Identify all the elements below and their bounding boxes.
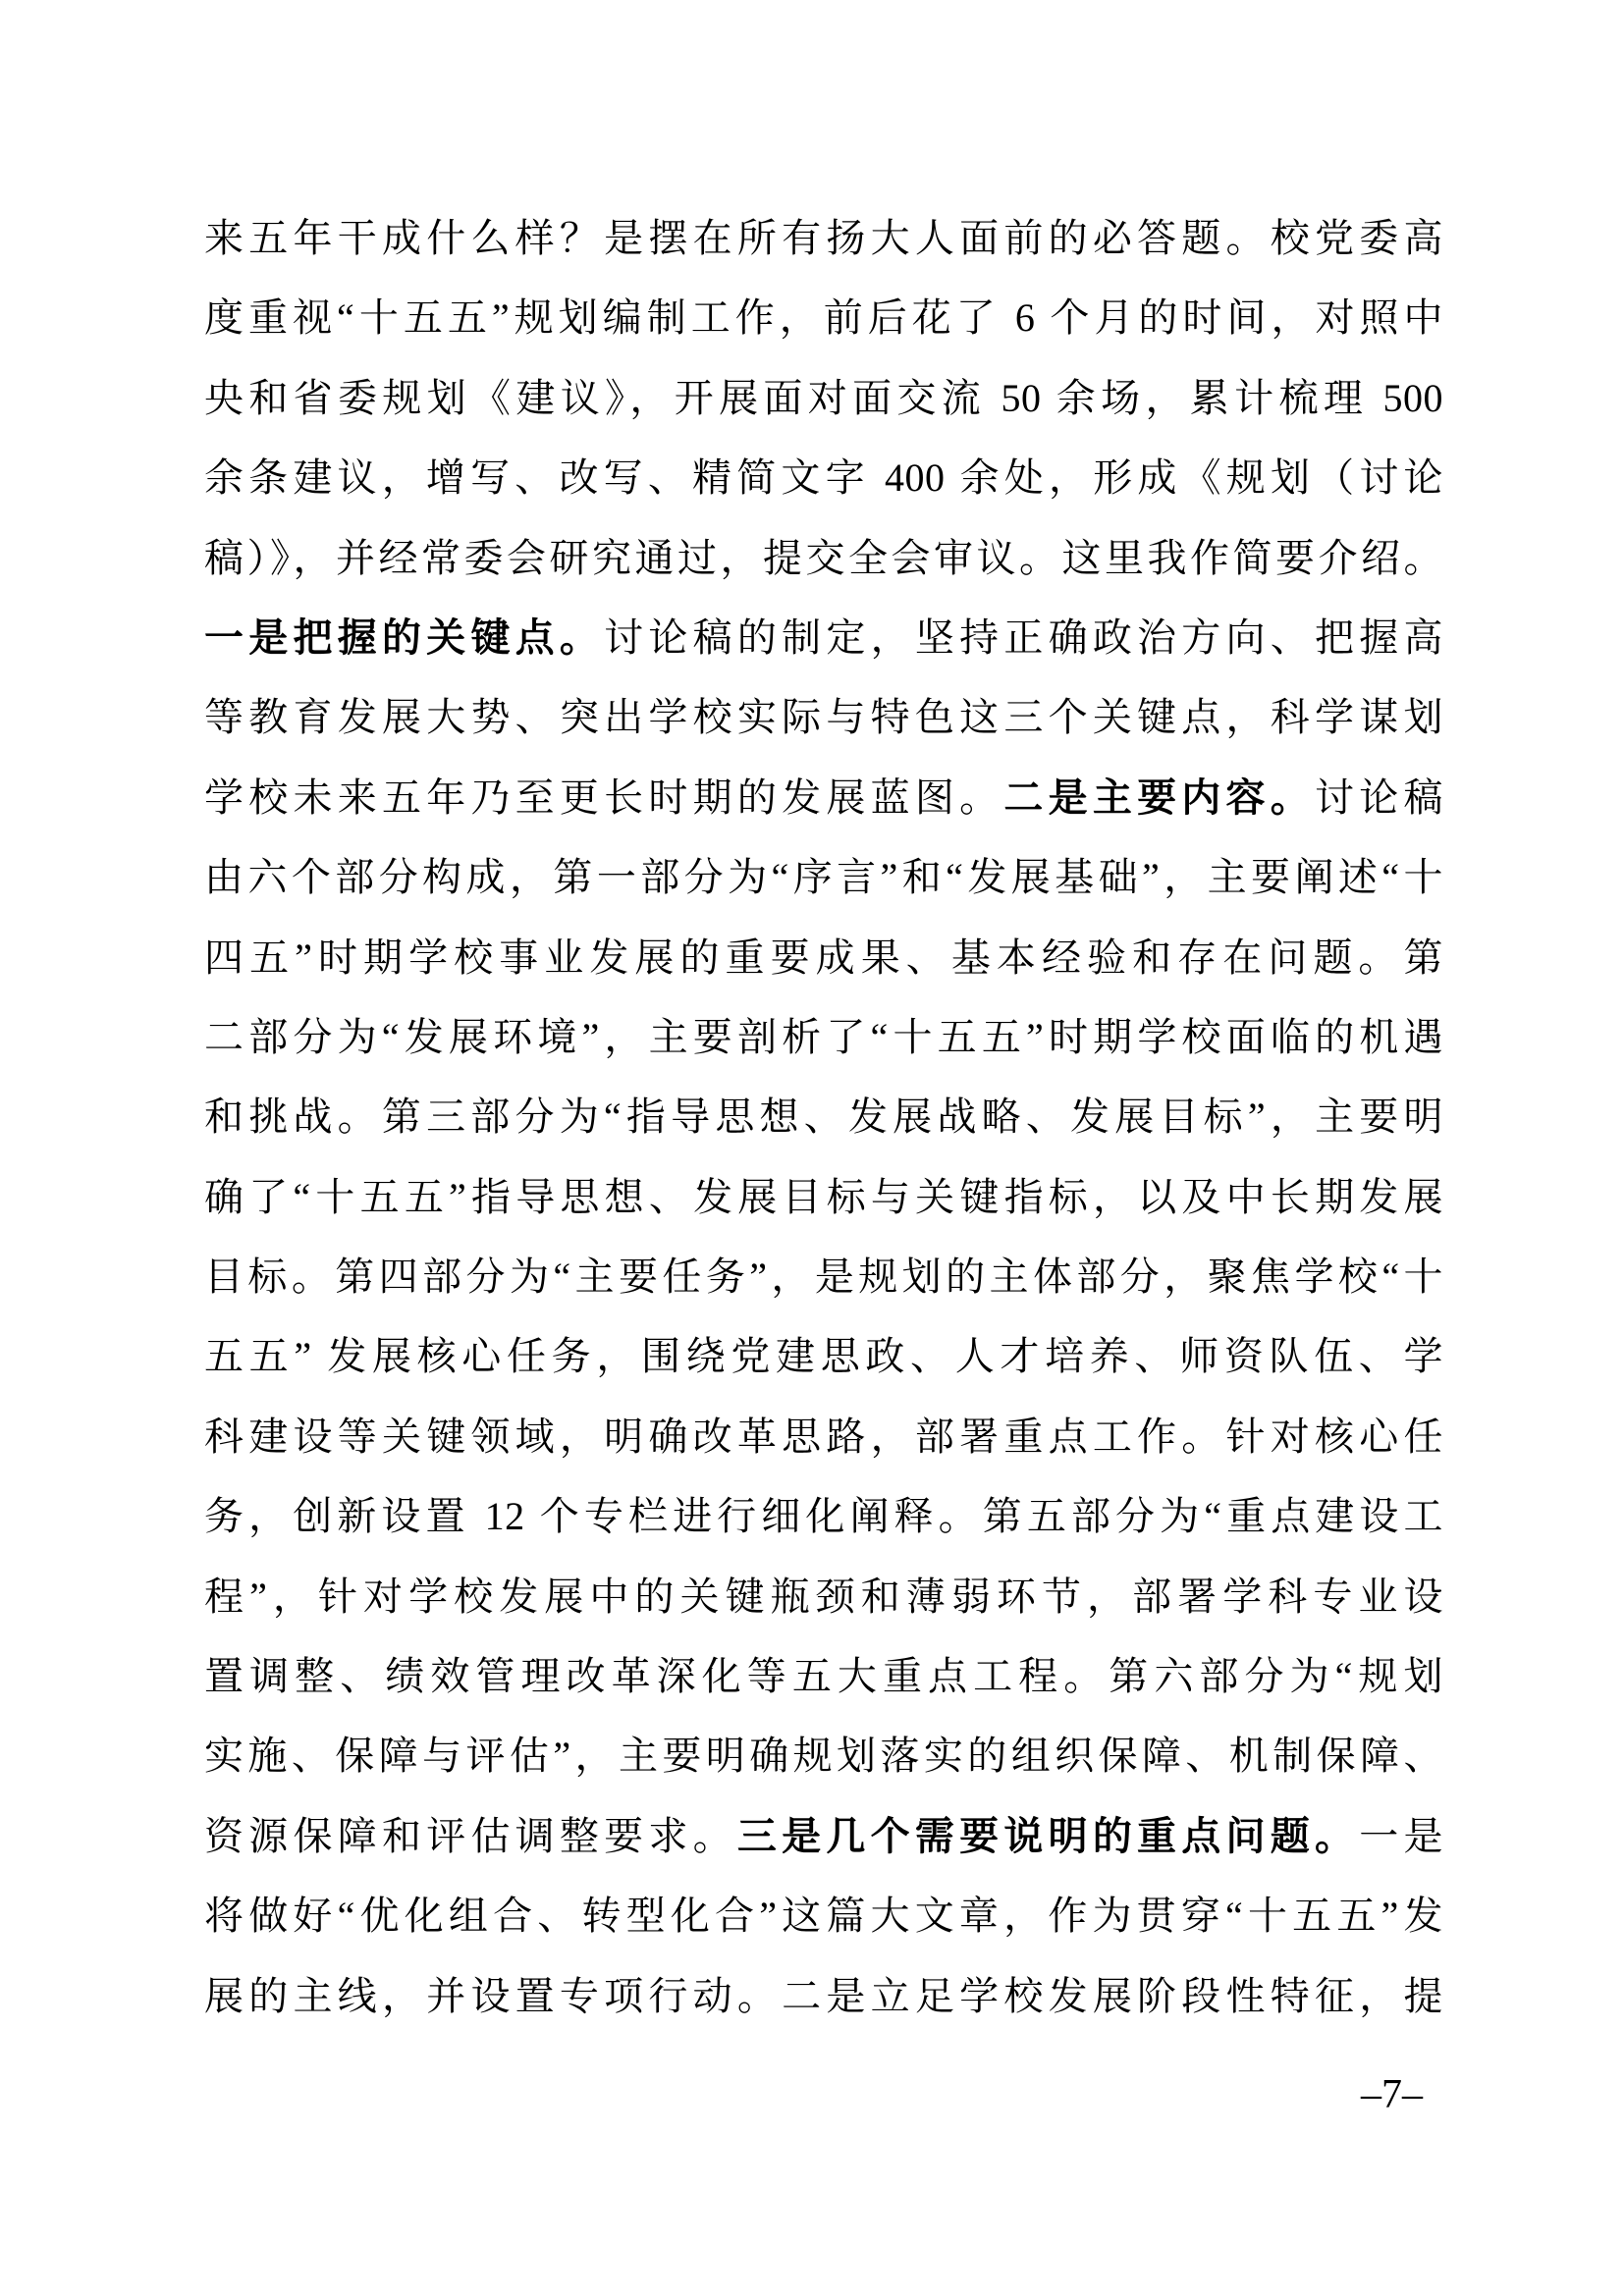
text-segment: 将做好“优化组合、转型化合”这篇大文章，作为贯穿“十五五”发 xyxy=(204,1894,1443,1938)
text-line: 和挑战。第三部分为“指导思想、发展战略、发展目标”，主要明 xyxy=(204,1077,1443,1156)
text-line: 余条建议，增写、改写、精简文字 400 余处，形成《规划（讨论 xyxy=(204,438,1443,517)
text-segment-bold: 三是几个需要说明的重点问题。 xyxy=(737,1815,1359,1858)
text-segment-bold: 二是主要内容。 xyxy=(1003,776,1315,820)
text-line: 将做好“优化组合、转型化合”这篇大文章，作为贯穿“十五五”发 xyxy=(204,1876,1443,1955)
text-segment: 来五年干成什么样？是摆在所有扬大人面前的必答题。校党委高 xyxy=(204,216,1443,260)
text-line: 置调整、绩效管理改革深化等五大重点工程。第六部分为“规划 xyxy=(204,1636,1443,1716)
text-segment: 学校未来五年乃至更长时期的发展蓝图。 xyxy=(204,775,1003,820)
text-segment: 资源保障和评估调整要求。 xyxy=(204,1814,737,1858)
text-segment: 置调整、绩效管理改革深化等五大重点工程。第六部分为“规划 xyxy=(204,1654,1443,1698)
text-line: 度重视“十五五”规划编制工作，前后花了 6 个月的时间，对照中 xyxy=(204,278,1443,357)
text-line: 科建设等关键领域，明确改革思路，部署重点工作。针对核心任 xyxy=(204,1397,1443,1476)
text-line: 五五” 发展核心任务，围绕党建思政、人才培养、师资队伍、学 xyxy=(204,1316,1443,1396)
text-segment: 等教育发展大势、突出学校实际与特色这三个关键点，科学谋划 xyxy=(204,695,1443,739)
text-line: 稿）》，并经常委会研究通过，提交全会审议。这里我作简要介绍。 xyxy=(204,518,1443,598)
text-segment-bold: 一是把握的关键点。 xyxy=(204,616,604,660)
page-number: –7– xyxy=(1361,2072,1423,2117)
text-segment: 四五”时期学校事业发展的重要成果、基本经验和存在问题。第 xyxy=(204,935,1443,980)
text-line: 务，创新设置 12 个专栏进行细化阐释。第五部分为“重点建设工 xyxy=(204,1476,1443,1556)
text-line: 展的主线，并设置专项行动。二是立足学校发展阶段性特征，提 xyxy=(204,1956,1443,2036)
text-line: 程”，针对学校发展中的关键瓶颈和薄弱环节，部署学科专业设 xyxy=(204,1557,1443,1636)
text-segment: 讨论稿的制定，坚持正确政治方向、把握高 xyxy=(604,615,1443,660)
text-segment: 央和省委规划《建议》，开展面对面交流 50 余场，累计梳理 500 xyxy=(204,376,1443,420)
text-segment: 程”，针对学校发展中的关键瓶颈和薄弱环节，部署学科专业设 xyxy=(204,1575,1443,1619)
text-segment: 务，创新设置 12 个专栏进行细化阐释。第五部分为“重点建设工 xyxy=(204,1494,1443,1538)
text-line: 由六个部分构成，第一部分为“序言”和“发展基础”，主要阐述“十 xyxy=(204,837,1443,917)
text-segment: 讨论稿 xyxy=(1315,775,1443,820)
text-segment: 展的主线，并设置专项行动。二是立足学校发展阶段性特征，提 xyxy=(204,1974,1443,2018)
text-line: 等教育发展大势、突出学校实际与特色这三个关键点，科学谋划 xyxy=(204,677,1443,757)
text-segment: 目标。第四部分为“主要任务”，是规划的主体部分，聚焦学校“十 xyxy=(204,1255,1443,1299)
text-line: 一是把握的关键点。讨论稿的制定，坚持正确政治方向、把握高 xyxy=(204,598,1443,677)
text-segment: 一是 xyxy=(1359,1814,1443,1858)
text-segment: 确了“十五五”指导思想、发展目标与关键指标，以及中长期发展 xyxy=(204,1175,1443,1219)
text-segment: 科建设等关键领域，明确改革思路，部署重点工作。针对核心任 xyxy=(204,1415,1443,1459)
text-segment: 稿）》，并经常委会研究通过，提交全会审议。这里我作简要介绍。 xyxy=(204,536,1443,580)
text-line: 目标。第四部分为“主要任务”，是规划的主体部分，聚焦学校“十 xyxy=(204,1237,1443,1316)
text-segment: 度重视“十五五”规划编制工作，前后花了 6 个月的时间，对照中 xyxy=(204,295,1443,340)
text-line: 央和省委规划《建议》，开展面对面交流 50 余场，累计梳理 500 xyxy=(204,358,1443,438)
page-footer: –7– xyxy=(1361,2069,1423,2120)
text-line: 来五年干成什么样？是摆在所有扬大人面前的必答题。校党委高 xyxy=(204,198,1443,278)
text-segment: 实施、保障与评估”，主要明确规划落实的组织保障、机制保障、 xyxy=(204,1734,1443,1778)
text-line: 四五”时期学校事业发展的重要成果、基本经验和存在问题。第 xyxy=(204,918,1443,997)
text-segment: 五五” 发展核心任务，围绕党建思政、人才培养、师资队伍、学 xyxy=(204,1334,1443,1378)
text-segment: 由六个部分构成，第一部分为“序言”和“发展基础”，主要阐述“十 xyxy=(204,855,1443,899)
document-body: 来五年干成什么样？是摆在所有扬大人面前的必答题。校党委高度重视“十五五”规划编制… xyxy=(204,198,1443,2036)
text-line: 学校未来五年乃至更长时期的发展蓝图。二是主要内容。讨论稿 xyxy=(204,758,1443,837)
text-segment: 和挑战。第三部分为“指导思想、发展战略、发展目标”，主要明 xyxy=(204,1095,1443,1139)
text-line: 二部分为“发展环境”，主要剖析了“十五五”时期学校面临的机遇 xyxy=(204,997,1443,1077)
text-segment: 二部分为“发展环境”，主要剖析了“十五五”时期学校面临的机遇 xyxy=(204,1015,1443,1059)
text-line: 确了“十五五”指导思想、发展目标与关键指标，以及中长期发展 xyxy=(204,1157,1443,1237)
text-segment: 余条建议，增写、改写、精简文字 400 余处，形成《规划（讨论 xyxy=(204,455,1443,500)
text-line: 实施、保障与评估”，主要明确规划落实的组织保障、机制保障、 xyxy=(204,1716,1443,1795)
text-line: 资源保障和评估调整要求。三是几个需要说明的重点问题。一是 xyxy=(204,1796,1443,1876)
